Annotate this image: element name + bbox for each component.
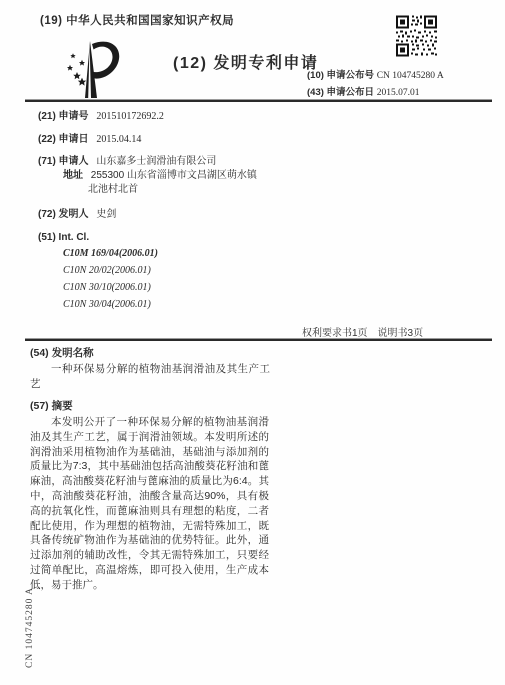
address-line-1: 地址 255300 山东省淄博市文昌湖区萌水镇 — [63, 169, 313, 183]
title-abstract-section: (54) 发明名称 一种环保易分解的植物油基润滑油及其生产工艺 (57) 摘要 … — [30, 346, 270, 593]
address-label: 地址 — [63, 170, 83, 181]
invention-title: 一种环保易分解的植物油基润滑油及其生产工艺 — [30, 362, 270, 392]
publication-date-label: (43) 申请公布日 — [307, 87, 374, 98]
patent-office-name: (19) 中华人民共和国国家知识产权局 — [40, 12, 234, 28]
publication-date-value: 2015.07.01 — [377, 88, 420, 98]
abstract-label: (57) 摘要 — [30, 399, 270, 414]
document-type-title: (12) 发明专利申请 — [173, 50, 318, 73]
application-number-row: (21) 申请号 201510172692.2 — [38, 110, 313, 124]
int-cl-code: C10N 20/02(2006.01) — [63, 262, 313, 279]
application-date-row: (22) 申请日 2015.04.14 — [38, 133, 313, 147]
int-cl-code: C10N 30/10(2006.01) — [63, 279, 313, 296]
int-cl-code: C10N 30/04(2006.01) — [63, 296, 313, 313]
inventor-value: 史剑 — [96, 209, 116, 220]
abstract-text: 本发明公开了一种环保易分解的植物油基润滑油及其生产工艺，属于润滑油领域。本发明所… — [30, 415, 269, 593]
inventor-label: (72) 发明人 — [38, 209, 89, 220]
bibliographic-data: (21) 申请号 201510172692.2 (22) 申请日 2015.04… — [38, 110, 313, 321]
inventor-row: (72) 发明人 史剑 — [38, 208, 313, 222]
publication-number-row: (10) 申请公布号 CN 104745280 A — [307, 68, 444, 85]
patent-front-page: (19) 中华人民共和国国家知识产权局 (12) 发明专利申请 — [0, 0, 505, 685]
application-date-value: 2015.04.14 — [96, 134, 141, 145]
application-date-label: (22) 申请日 — [38, 134, 89, 145]
publication-number-label: (10) 申请公布号 — [307, 70, 374, 81]
applicant-value: 山东嘉多士润滑油有限公司 — [96, 156, 216, 167]
address-line-2: 北池村北首 — [88, 183, 313, 197]
publication-info: (10) 申请公布号 CN 104745280 A (43) 申请公布日 201… — [307, 68, 444, 101]
pages-count-note: 权利要求书1页 说明书3页 — [302, 324, 423, 339]
section-divider — [25, 338, 492, 341]
address-value-2: 北池村北首 — [88, 184, 138, 195]
applicant-line: (71) 申请人 山东嘉多士润滑油有限公司 — [38, 155, 313, 169]
publication-number-value: CN 104745280 A — [377, 71, 444, 81]
int-cl-row: (51) Int. Cl. C10M 169/04(2006.01) C10N … — [38, 231, 313, 313]
address-value-1: 255300 山东省淄博市文昌湖区萌水镇 — [91, 170, 257, 181]
qr-code-icon — [396, 15, 437, 57]
int-cl-label: (51) Int. Cl. — [38, 232, 89, 243]
application-number-label: (21) 申请号 — [38, 111, 89, 122]
invention-title-label: (54) 发明名称 — [30, 346, 270, 361]
cnipa-emblem-icon — [52, 40, 122, 102]
application-number-value: 201510172692.2 — [96, 111, 164, 122]
applicant-row: (71) 申请人 山东嘉多士润滑油有限公司 地址 255300 山东省淄博市文昌… — [38, 155, 313, 197]
side-publication-number: CN 104745280 A — [25, 592, 35, 668]
int-cl-code: C10M 169/04(2006.01) — [63, 245, 313, 262]
int-cl-label-line: (51) Int. Cl. — [38, 231, 313, 245]
applicant-label: (71) 申请人 — [38, 156, 89, 167]
header-divider — [25, 99, 492, 102]
